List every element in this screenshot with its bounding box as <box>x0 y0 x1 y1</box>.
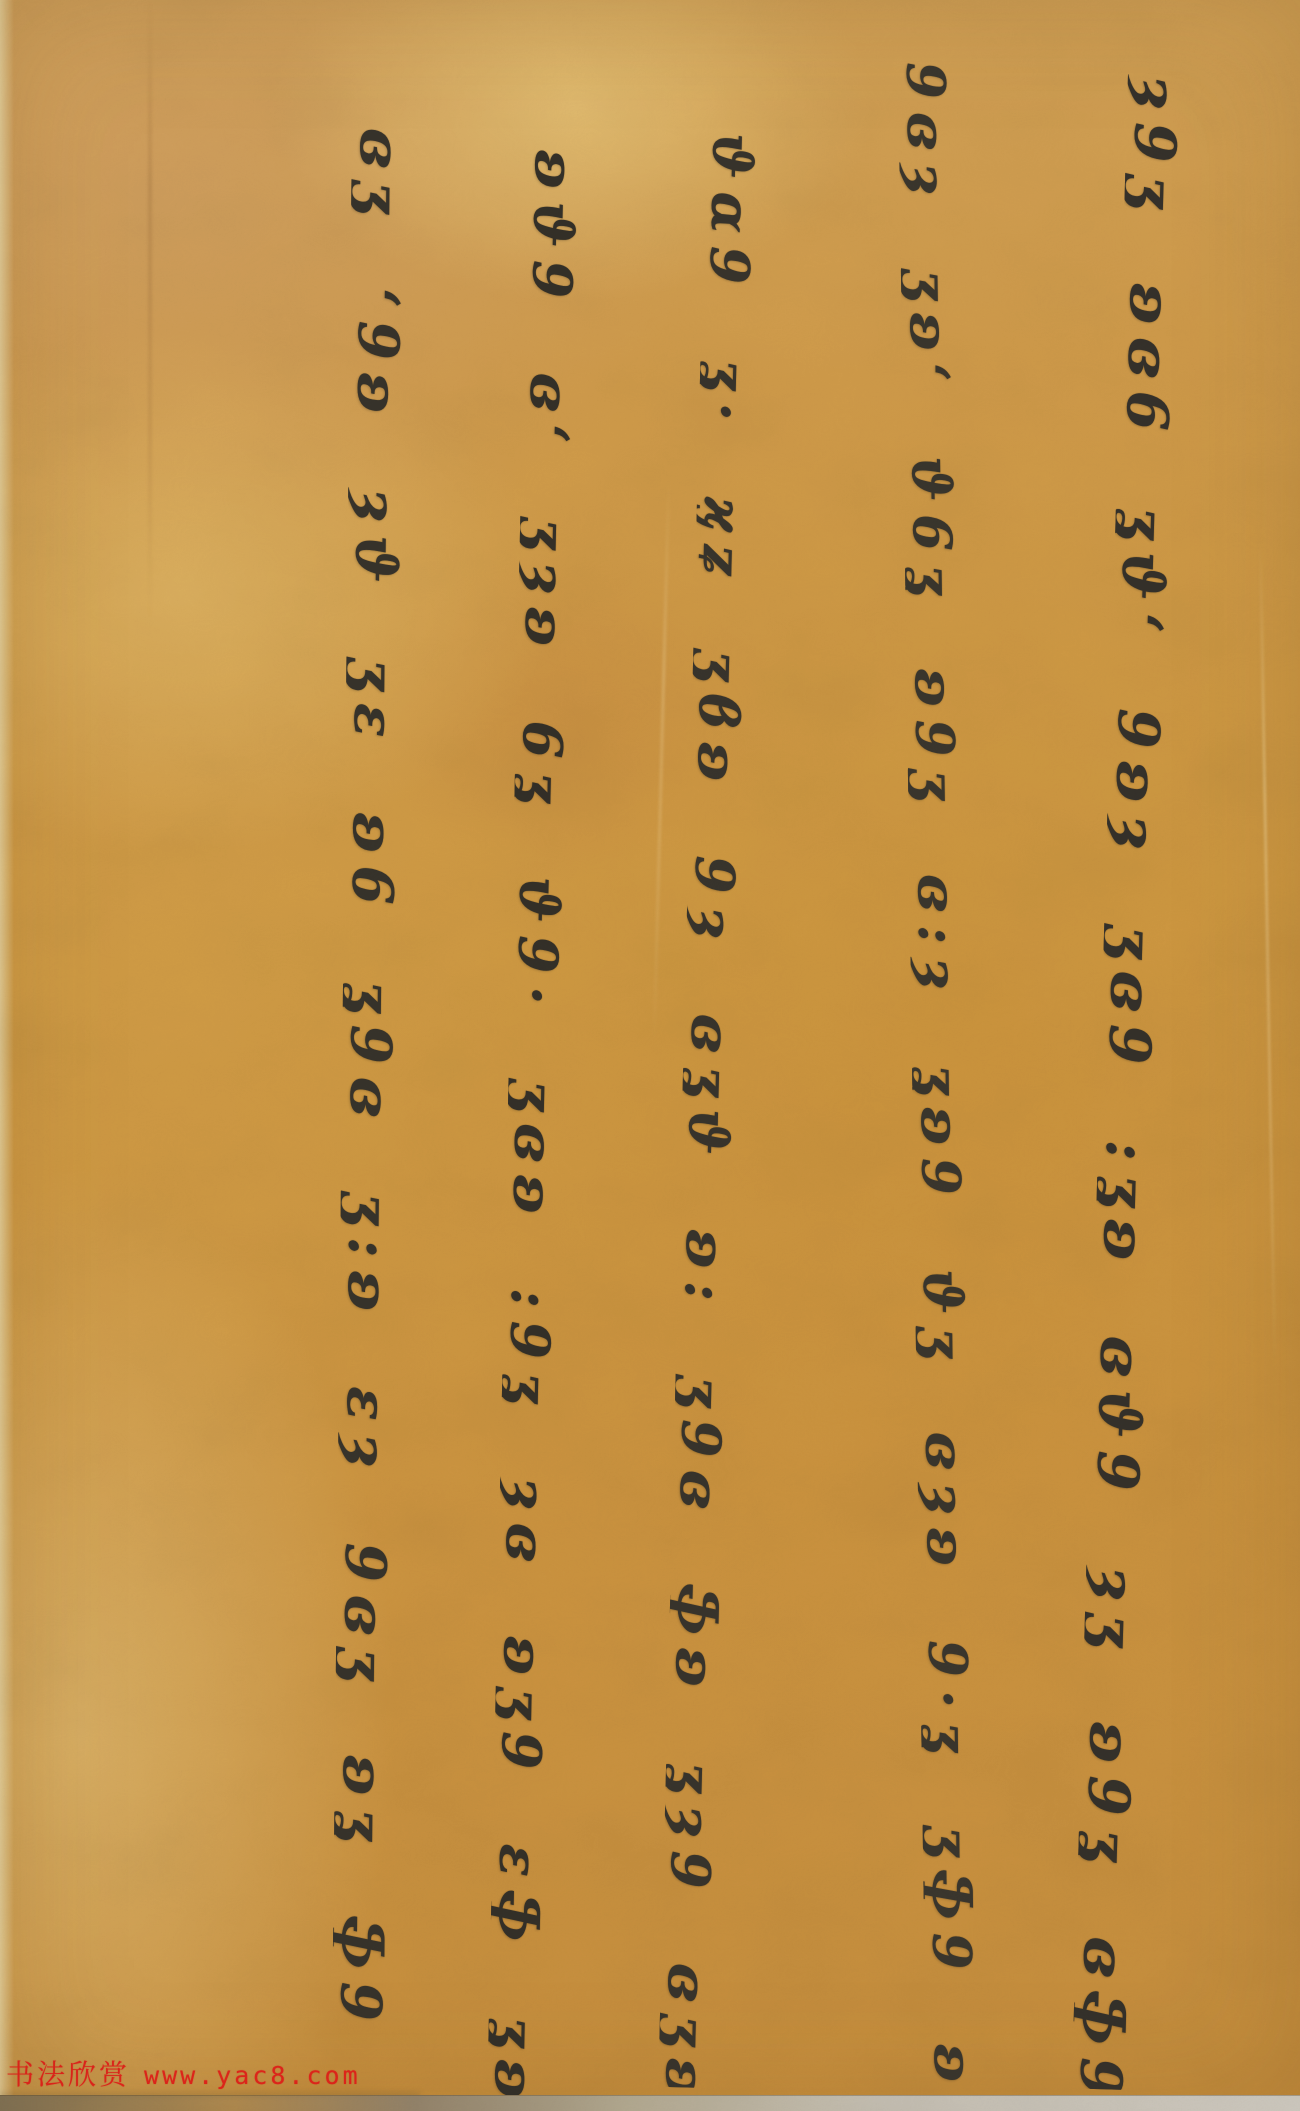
watermark-site-name: 书法欣赏 <box>6 2053 130 2093</box>
manuscript-scan-page: ɞʒ ʻ9ʚ ȝϑ ʒɛ ʚ6 ʓ9ɞ ʒ:ʚ ɛȝ 9ɞʒ ʚʓ ֆ9 ʒɞʚ… <box>0 0 1300 2111</box>
watermark: 书法欣赏 www.yac8.com <box>6 2053 361 2093</box>
watermark-url: www.yac8.com <box>144 2061 361 2090</box>
scan-bottom-edge <box>0 2095 1300 2111</box>
